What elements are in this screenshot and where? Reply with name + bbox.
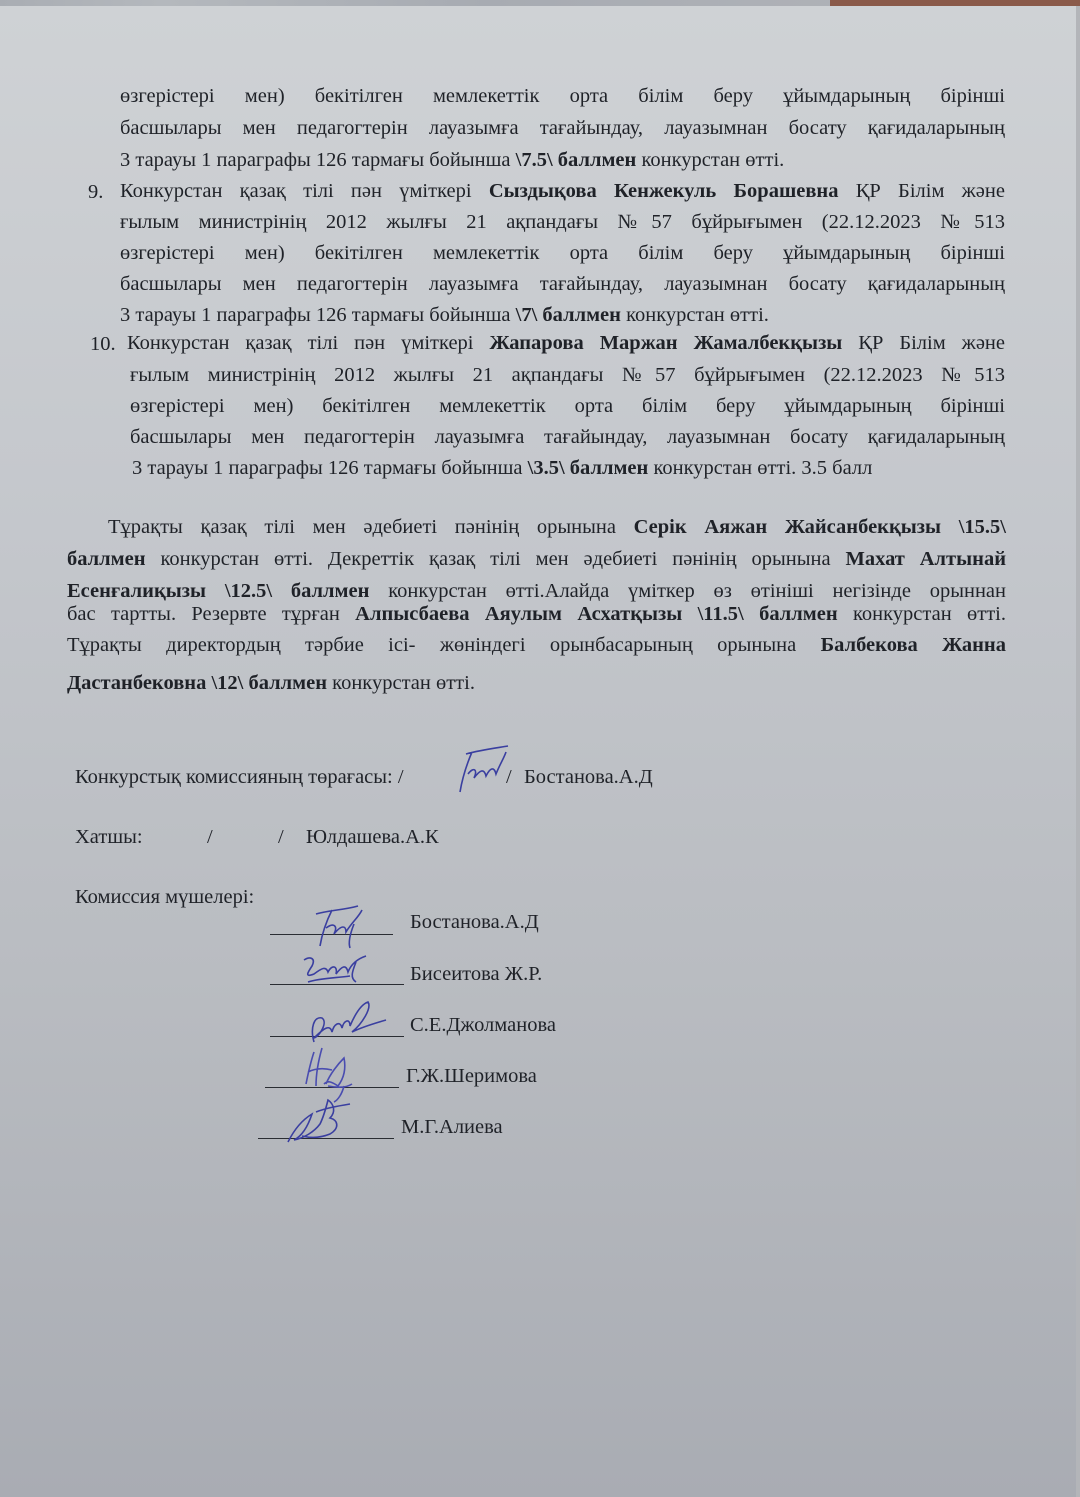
item9-line5: 3 тарауы 1 параграфы 126 тармағы бойынша… <box>120 305 769 326</box>
summary-candidate-balbekova: Балбекова Жанна <box>821 634 1006 656</box>
item10-line4: басшылары мен педагогтерін лауазымға тағ… <box>130 427 1005 448</box>
member-name: Бостанова.А.Д <box>410 911 539 934</box>
summary-line4: бас тартты. Резервте тұрған Алпысбаева А… <box>67 604 1006 625</box>
chair-label: Конкурстық комиссияның төрағасы: / <box>75 766 404 789</box>
summary-line6: Дастанбековна \12\ баллмен конкурстан өт… <box>67 673 475 694</box>
item9-score: \7\ баллмен <box>516 304 621 326</box>
summary-candidate-alpysbaeva: Алпысбаева Аяулым Асхатқызы \11.5\ баллм… <box>355 603 837 625</box>
item10-line2: ғылым министрінің 2012 жылғы 21 ақпандағ… <box>130 365 1005 386</box>
item9-line3: өзгерістері мен) бекітілген мемлекеттік … <box>120 243 1005 264</box>
member-name: Бисеитова Ж.Р. <box>410 963 542 986</box>
secretary-label: Хатшы: <box>75 826 143 849</box>
background-edge <box>830 0 1080 6</box>
item10-line1: Конкурстан қазақ тілі пән үміткері Жапар… <box>127 333 1005 354</box>
item9-candidate-name: Сыздықова Кенжекуль Борашевна <box>489 180 839 202</box>
item10-line3: өзгерістері мен) бекітілген мемлекеттік … <box>130 396 1005 417</box>
chair-signature-icon <box>452 744 514 796</box>
member-name: Г.Ж.Шеримова <box>406 1065 537 1088</box>
secretary-separator-right: / <box>278 826 284 849</box>
item9-line2: ғылым министрінің 2012 жылғы 21 ақпандағ… <box>120 212 1005 233</box>
item8-text: 3 тарауы 1 параграфы 126 тармағы бойынша <box>120 149 516 171</box>
member-signature-icon <box>300 952 380 988</box>
document-page: өзгерістері мен) бекітілген мемлекеттік … <box>0 6 1076 1497</box>
summary-line1: Тұрақты қазақ тілі мен әдебиеті пәнінің … <box>108 517 1006 538</box>
item8-line3: 3 тарауы 1 параграфы 126 тармағы бойынша… <box>120 150 784 171</box>
item8-line2: басшылары мен педагогтерін лауазымға тағ… <box>120 118 1005 139</box>
secretary-name: Юлдашева.А.К <box>306 826 439 849</box>
item9-line4: басшылары мен педагогтерін лауазымға тағ… <box>120 274 1005 295</box>
summary-line2: баллмен конкурстан өтті. Декреттік қазақ… <box>67 549 1006 570</box>
item10-score: \3.5\ баллмен <box>528 457 649 479</box>
summary-line3: Есенғалиқызы \12.5\ баллмен конкурстан ө… <box>67 581 1006 602</box>
item8-line1: өзгерістері мен) бекітілген мемлекеттік … <box>120 86 1005 107</box>
item10-candidate-name: Жапарова Маржан Жамалбекқызы <box>489 332 842 354</box>
item10-line5: 3 тарауы 1 параграфы 126 тармағы бойынша… <box>132 458 872 479</box>
item9-line1: Конкурстан қазақ тілі пән үміткері Сызды… <box>120 181 1005 202</box>
item8-result: конкурстан өтті. <box>636 149 784 171</box>
secretary-separator-left: / <box>207 826 213 849</box>
summary-candidate-serik: Серік Аяжан Жайсанбекқызы \15.5\ <box>634 516 1006 538</box>
chair-separator: / <box>506 766 512 789</box>
member-signature-icon <box>310 904 380 950</box>
summary-candidate-makhat: Махат Алтынай <box>845 548 1006 570</box>
item10-number: 10. <box>90 333 116 356</box>
item9-number: 9. <box>88 181 103 204</box>
chair-name: Бостанова.А.Д <box>524 766 653 789</box>
member-name: М.Г.Алиева <box>401 1116 503 1139</box>
item8-score: \7.5\ баллмен <box>516 149 637 171</box>
summary-line5: Тұрақты директордың тәрбие ісі- жөніндег… <box>67 635 1006 656</box>
member-signature-icon <box>300 998 390 1048</box>
member-signature-icon <box>280 1094 360 1146</box>
members-label: Комиссия мүшелері: <box>75 886 254 909</box>
member-name: С.Е.Джолманова <box>410 1014 556 1037</box>
